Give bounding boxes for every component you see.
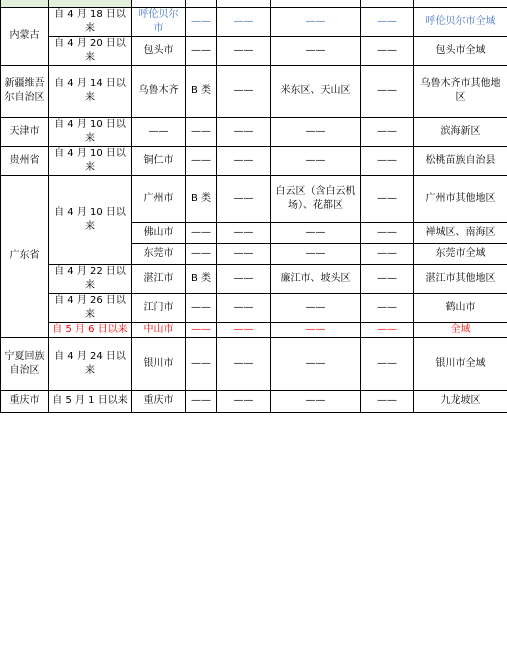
dash-cell: —— xyxy=(186,36,217,65)
city-cell: 包头市 xyxy=(132,36,186,65)
dash-cell: —— xyxy=(186,243,217,264)
area-cell: 包头市全域 xyxy=(414,36,507,65)
dash-cell: —— xyxy=(271,36,361,65)
province-cell: 广东省 xyxy=(1,175,49,337)
date-cell: 自 4 月 10 日以来 xyxy=(49,146,132,175)
city-cell: 中山市 xyxy=(132,322,186,337)
dash-cell: —— xyxy=(361,36,414,65)
risk-cell xyxy=(271,0,361,7)
dash-cell: —— xyxy=(217,65,271,117)
date-cell: 自 4 月 24 日以来 xyxy=(49,337,132,390)
dash-cell: —— xyxy=(361,175,414,222)
dash-cell: —— xyxy=(132,117,186,146)
city-cell: 佛山市 xyxy=(132,222,186,243)
risk-cell xyxy=(132,0,186,7)
dash-cell: —— xyxy=(271,293,361,322)
risk-table-row: 自 4 月 20 日以来包头市————————包头市全域 xyxy=(1,36,507,65)
area-cell: 东莞市全域 xyxy=(414,243,507,264)
dash-cell: —— xyxy=(186,322,217,337)
risk-table-row: 贵州省自 4 月 10 日以来铜仁市————————松桃苗族自治县 xyxy=(1,146,507,175)
area-cell: 滨海新区 xyxy=(414,117,507,146)
date-cell: 自 4 月 22 日以来 xyxy=(49,264,132,293)
area-cell: 鹤山市 xyxy=(414,293,507,322)
dash-cell: —— xyxy=(217,243,271,264)
document-root: 内蒙古自 4 月 18 日以来呼伦贝尔市————————呼伦贝尔市全域自 4 月… xyxy=(0,0,507,412)
dash-cell: —— xyxy=(361,293,414,322)
area-cell: 乌鲁木齐市其他地区 xyxy=(414,65,507,117)
date-cell: 自 4 月 18 日以来 xyxy=(49,7,132,36)
risk-cell: 白云区（含白云机场）、花都区 xyxy=(271,175,361,222)
province-cell: 宁夏回族自治区 xyxy=(1,337,49,390)
area-cell: 松桃苗族自治县 xyxy=(414,146,507,175)
risk-cell: B 类 xyxy=(186,264,217,293)
risk-cell: 米东区、天山区 xyxy=(271,65,361,117)
city-cell: 呼伦贝尔市 xyxy=(132,7,186,36)
city-cell: 重庆市 xyxy=(132,390,186,412)
dash-cell: —— xyxy=(361,222,414,243)
dash-cell: —— xyxy=(186,7,217,36)
dash-cell: —— xyxy=(186,390,217,412)
province-cell: 贵州省 xyxy=(1,146,49,175)
area-cell: 湛江市其他地区 xyxy=(414,264,507,293)
province-cell: 新疆维吾尔自治区 xyxy=(1,65,49,117)
risk-table-row: 自 5 月 6 日以来中山市————————全域 xyxy=(1,322,507,337)
date-cell: 自 4 月 20 日以来 xyxy=(49,36,132,65)
dash-cell: —— xyxy=(361,337,414,390)
dash-cell: —— xyxy=(271,243,361,264)
risk-table-row: 自 4 月 22 日以来湛江市B 类——廉江市、坡头区——湛江市其他地区 xyxy=(1,264,507,293)
dash-cell: —— xyxy=(186,117,217,146)
risk-table-row: 内蒙古自 4 月 18 日以来呼伦贝尔市————————呼伦贝尔市全域 xyxy=(1,7,507,36)
dash-cell: —— xyxy=(361,65,414,117)
province-cell: 重庆市 xyxy=(1,390,49,412)
province-cell: 天津市 xyxy=(1,117,49,146)
risk-table-row: 重庆市自 5 月 1 日以来重庆市————————九龙坡区 xyxy=(1,390,507,412)
dash-cell: —— xyxy=(217,222,271,243)
dash-cell: —— xyxy=(217,117,271,146)
date-cell: 自 5 月 1 日以来 xyxy=(49,390,132,412)
dash-cell: —— xyxy=(271,117,361,146)
risk-table-row: 广东省自 4 月 10 日以来广州市B 类——白云区（含白云机场）、花都区——广… xyxy=(1,175,507,222)
dash-cell: —— xyxy=(361,390,414,412)
date-cell: 自 4 月 14 日以来 xyxy=(49,65,132,117)
risk-cell xyxy=(361,0,414,7)
city-cell: 银川市 xyxy=(132,337,186,390)
dash-cell: —— xyxy=(217,175,271,222)
risk-cell xyxy=(186,0,217,7)
dash-cell: —— xyxy=(217,293,271,322)
province-cell: 内蒙古 xyxy=(1,7,49,65)
city-cell: 乌鲁木齐 xyxy=(132,65,186,117)
dash-cell: —— xyxy=(271,7,361,36)
dash-cell: —— xyxy=(217,7,271,36)
dash-cell: —— xyxy=(186,337,217,390)
risk-table-row: 新疆维吾尔自治区自 4 月 14 日以来乌鲁木齐B 类——米东区、天山区——乌鲁… xyxy=(1,65,507,117)
dash-cell: —— xyxy=(271,146,361,175)
dash-cell: —— xyxy=(186,222,217,243)
date-cell: 自 4 月 10 日以来 xyxy=(49,117,132,146)
risk-cell xyxy=(217,0,271,7)
cutoff-row xyxy=(1,0,507,7)
area-cell: 九龙坡区 xyxy=(414,390,507,412)
risk-table-row: 宁夏回族自治区自 4 月 24 日以来银川市————————银川市全域 xyxy=(1,337,507,390)
dash-cell: —— xyxy=(217,146,271,175)
dash-cell: —— xyxy=(217,264,271,293)
dash-cell: —— xyxy=(217,36,271,65)
dash-cell: —— xyxy=(361,146,414,175)
dash-cell: —— xyxy=(271,337,361,390)
city-cell: 广州市 xyxy=(132,175,186,222)
dash-cell: —— xyxy=(361,264,414,293)
risk-cell: B 类 xyxy=(186,175,217,222)
risk-cell xyxy=(414,0,507,7)
area-cell: 银川市全域 xyxy=(414,337,507,390)
city-cell: 湛江市 xyxy=(132,264,186,293)
area-cell: 全域 xyxy=(414,322,507,337)
dash-cell: —— xyxy=(361,7,414,36)
dash-cell: —— xyxy=(271,222,361,243)
risk-cell xyxy=(49,0,132,7)
date-cell: 自 4 月 10 日以来 xyxy=(49,175,132,264)
dash-cell: —— xyxy=(186,146,217,175)
date-cell: 自 4 月 26 日以来 xyxy=(49,293,132,322)
dash-cell: —— xyxy=(217,337,271,390)
dash-cell: —— xyxy=(186,293,217,322)
risk-table-row: 天津市自 4 月 10 日以来——————————滨海新区 xyxy=(1,117,507,146)
city-cell: 东莞市 xyxy=(132,243,186,264)
risk-cell xyxy=(1,0,49,7)
city-cell: 铜仁市 xyxy=(132,146,186,175)
area-cell: 禅城区、南海区 xyxy=(414,222,507,243)
city-cell: 江门市 xyxy=(132,293,186,322)
dash-cell: —— xyxy=(271,390,361,412)
date-cell: 自 5 月 6 日以来 xyxy=(49,322,132,337)
area-cell: 广州市其他地区 xyxy=(414,175,507,222)
risk-area-table-body: 内蒙古自 4 月 18 日以来呼伦贝尔市————————呼伦贝尔市全域自 4 月… xyxy=(1,0,507,412)
risk-table-row: 自 4 月 26 日以来江门市————————鹤山市 xyxy=(1,293,507,322)
dash-cell: —— xyxy=(271,322,361,337)
dash-cell: —— xyxy=(361,322,414,337)
area-cell: 呼伦贝尔市全域 xyxy=(414,7,507,36)
risk-cell: 廉江市、坡头区 xyxy=(271,264,361,293)
dash-cell: —— xyxy=(361,243,414,264)
risk-cell: B 类 xyxy=(186,65,217,117)
dash-cell: —— xyxy=(217,390,271,412)
dash-cell: —— xyxy=(217,322,271,337)
dash-cell: —— xyxy=(361,117,414,146)
risk-area-table: 内蒙古自 4 月 18 日以来呼伦贝尔市————————呼伦贝尔市全域自 4 月… xyxy=(0,0,507,413)
